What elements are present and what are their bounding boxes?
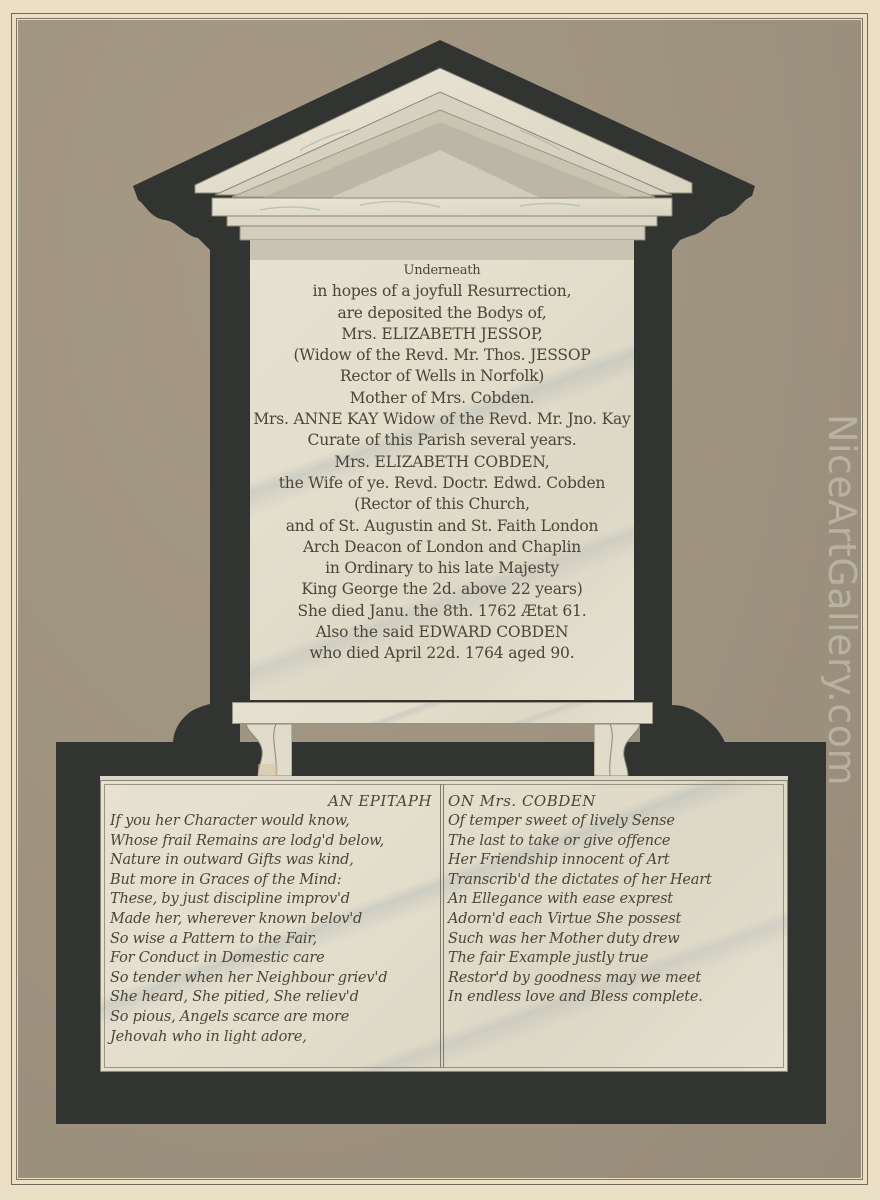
inscription-line: are deposited the Bodys of, bbox=[250, 303, 634, 324]
watermark: NiceArtGallery.com bbox=[812, 400, 872, 800]
inscription-line: Rector of Wells in Norfolk) bbox=[250, 366, 634, 387]
epitaph-left-column: AN EPITAPH If you her Character would kn… bbox=[110, 790, 438, 1047]
verse-line: So pious, Angels scarce are more bbox=[110, 1008, 438, 1028]
verse-line: She heard, She pitied, She reliev'd bbox=[110, 988, 438, 1008]
verse-line: But more in Graces of the Mind: bbox=[110, 871, 438, 891]
verse-line: The fair Example justly true bbox=[448, 949, 784, 969]
inscription-line: Mrs. ELIZABETH COBDEN, bbox=[250, 452, 634, 473]
right-corbel bbox=[594, 724, 640, 776]
verse-line: Jehovah who in light adore, bbox=[110, 1028, 438, 1048]
inscription-line: Mother of Mrs. Cobden. bbox=[250, 388, 634, 409]
verse-line: The last to take or give offence bbox=[448, 832, 784, 852]
left-corbel bbox=[246, 724, 292, 776]
inscription-line: (Rector of this Church, bbox=[250, 494, 634, 515]
verse-line: Such was her Mother duty drew bbox=[448, 930, 784, 950]
tablet-shelf bbox=[232, 702, 653, 724]
verse-line: Her Friendship innocent of Art bbox=[448, 851, 784, 871]
verse-line: In endless love and Bless complete. bbox=[448, 988, 784, 1008]
inscription-line: Curate of this Parish several years. bbox=[250, 430, 634, 451]
epitaph-right-column: ON Mrs. COBDEN Of temper sweet of lively… bbox=[448, 790, 784, 1008]
inscription-line: Mrs. ELIZABETH JESSOP, bbox=[250, 324, 634, 345]
verse-line: Made her, wherever known belov'd bbox=[110, 910, 438, 930]
verse-line: So tender when her Neighbour griev'd bbox=[110, 969, 438, 989]
inscription-line: Mrs. ANNE KAY Widow of the Revd. Mr. Jno… bbox=[250, 409, 634, 430]
verse-line: Of temper sweet of lively Sense bbox=[448, 812, 784, 832]
epitaph-title-left: AN EPITAPH bbox=[110, 790, 438, 812]
main-inscription: Underneath in hopes of a joyfull Resurre… bbox=[250, 260, 634, 665]
tablet-top-shadow bbox=[250, 240, 634, 260]
verse-line: If you her Character would know, bbox=[110, 812, 438, 832]
verse-line: Whose frail Remains are lodg'd below, bbox=[110, 832, 438, 852]
inscription-line: She died Janu. the 8th. 1762 Ætat 61. bbox=[250, 601, 634, 622]
inscription-line: in hopes of a joyfull Resurrection, bbox=[250, 281, 634, 302]
verse-line: Nature in outward Gifts was kind, bbox=[110, 851, 438, 871]
inscription-line: who died April 22d. 1764 aged 90. bbox=[250, 643, 634, 664]
inscription-line: and of St. Augustin and St. Faith London bbox=[250, 516, 634, 537]
verse-line: These, by just discipline improv'd bbox=[110, 890, 438, 910]
verse-line: Restor'd by goodness may we meet bbox=[448, 969, 784, 989]
verse-line: Transcrib'd the dictates of her Heart bbox=[448, 871, 784, 891]
inscription-line: Arch Deacon of London and Chaplin bbox=[250, 537, 634, 558]
verse-line: So wise a Pattern to the Fair, bbox=[110, 930, 438, 950]
inscription-line: the Wife of ye. Revd. Doctr. Edwd. Cobde… bbox=[250, 473, 634, 494]
verse-line: Adorn'd each Virtue She possest bbox=[448, 910, 784, 930]
inscription-line: in Ordinary to his late Majesty bbox=[250, 558, 634, 579]
inscription-line: Underneath bbox=[250, 260, 634, 281]
inscription-line: Also the said EDWARD COBDEN bbox=[250, 622, 634, 643]
verse-line: An Ellegance with ease exprest bbox=[448, 890, 784, 910]
inscription-line: (Widow of the Revd. Mr. Thos. JESSOP bbox=[250, 345, 634, 366]
watermark-text: NiceArtGallery.com bbox=[820, 414, 864, 786]
verse-line: For Conduct in Domestic care bbox=[110, 949, 438, 969]
epitaph-title-right: ON Mrs. COBDEN bbox=[448, 790, 784, 812]
epitaph-column-divider bbox=[440, 784, 444, 1068]
inscription-line: King George the 2d. above 22 years) bbox=[250, 579, 634, 600]
